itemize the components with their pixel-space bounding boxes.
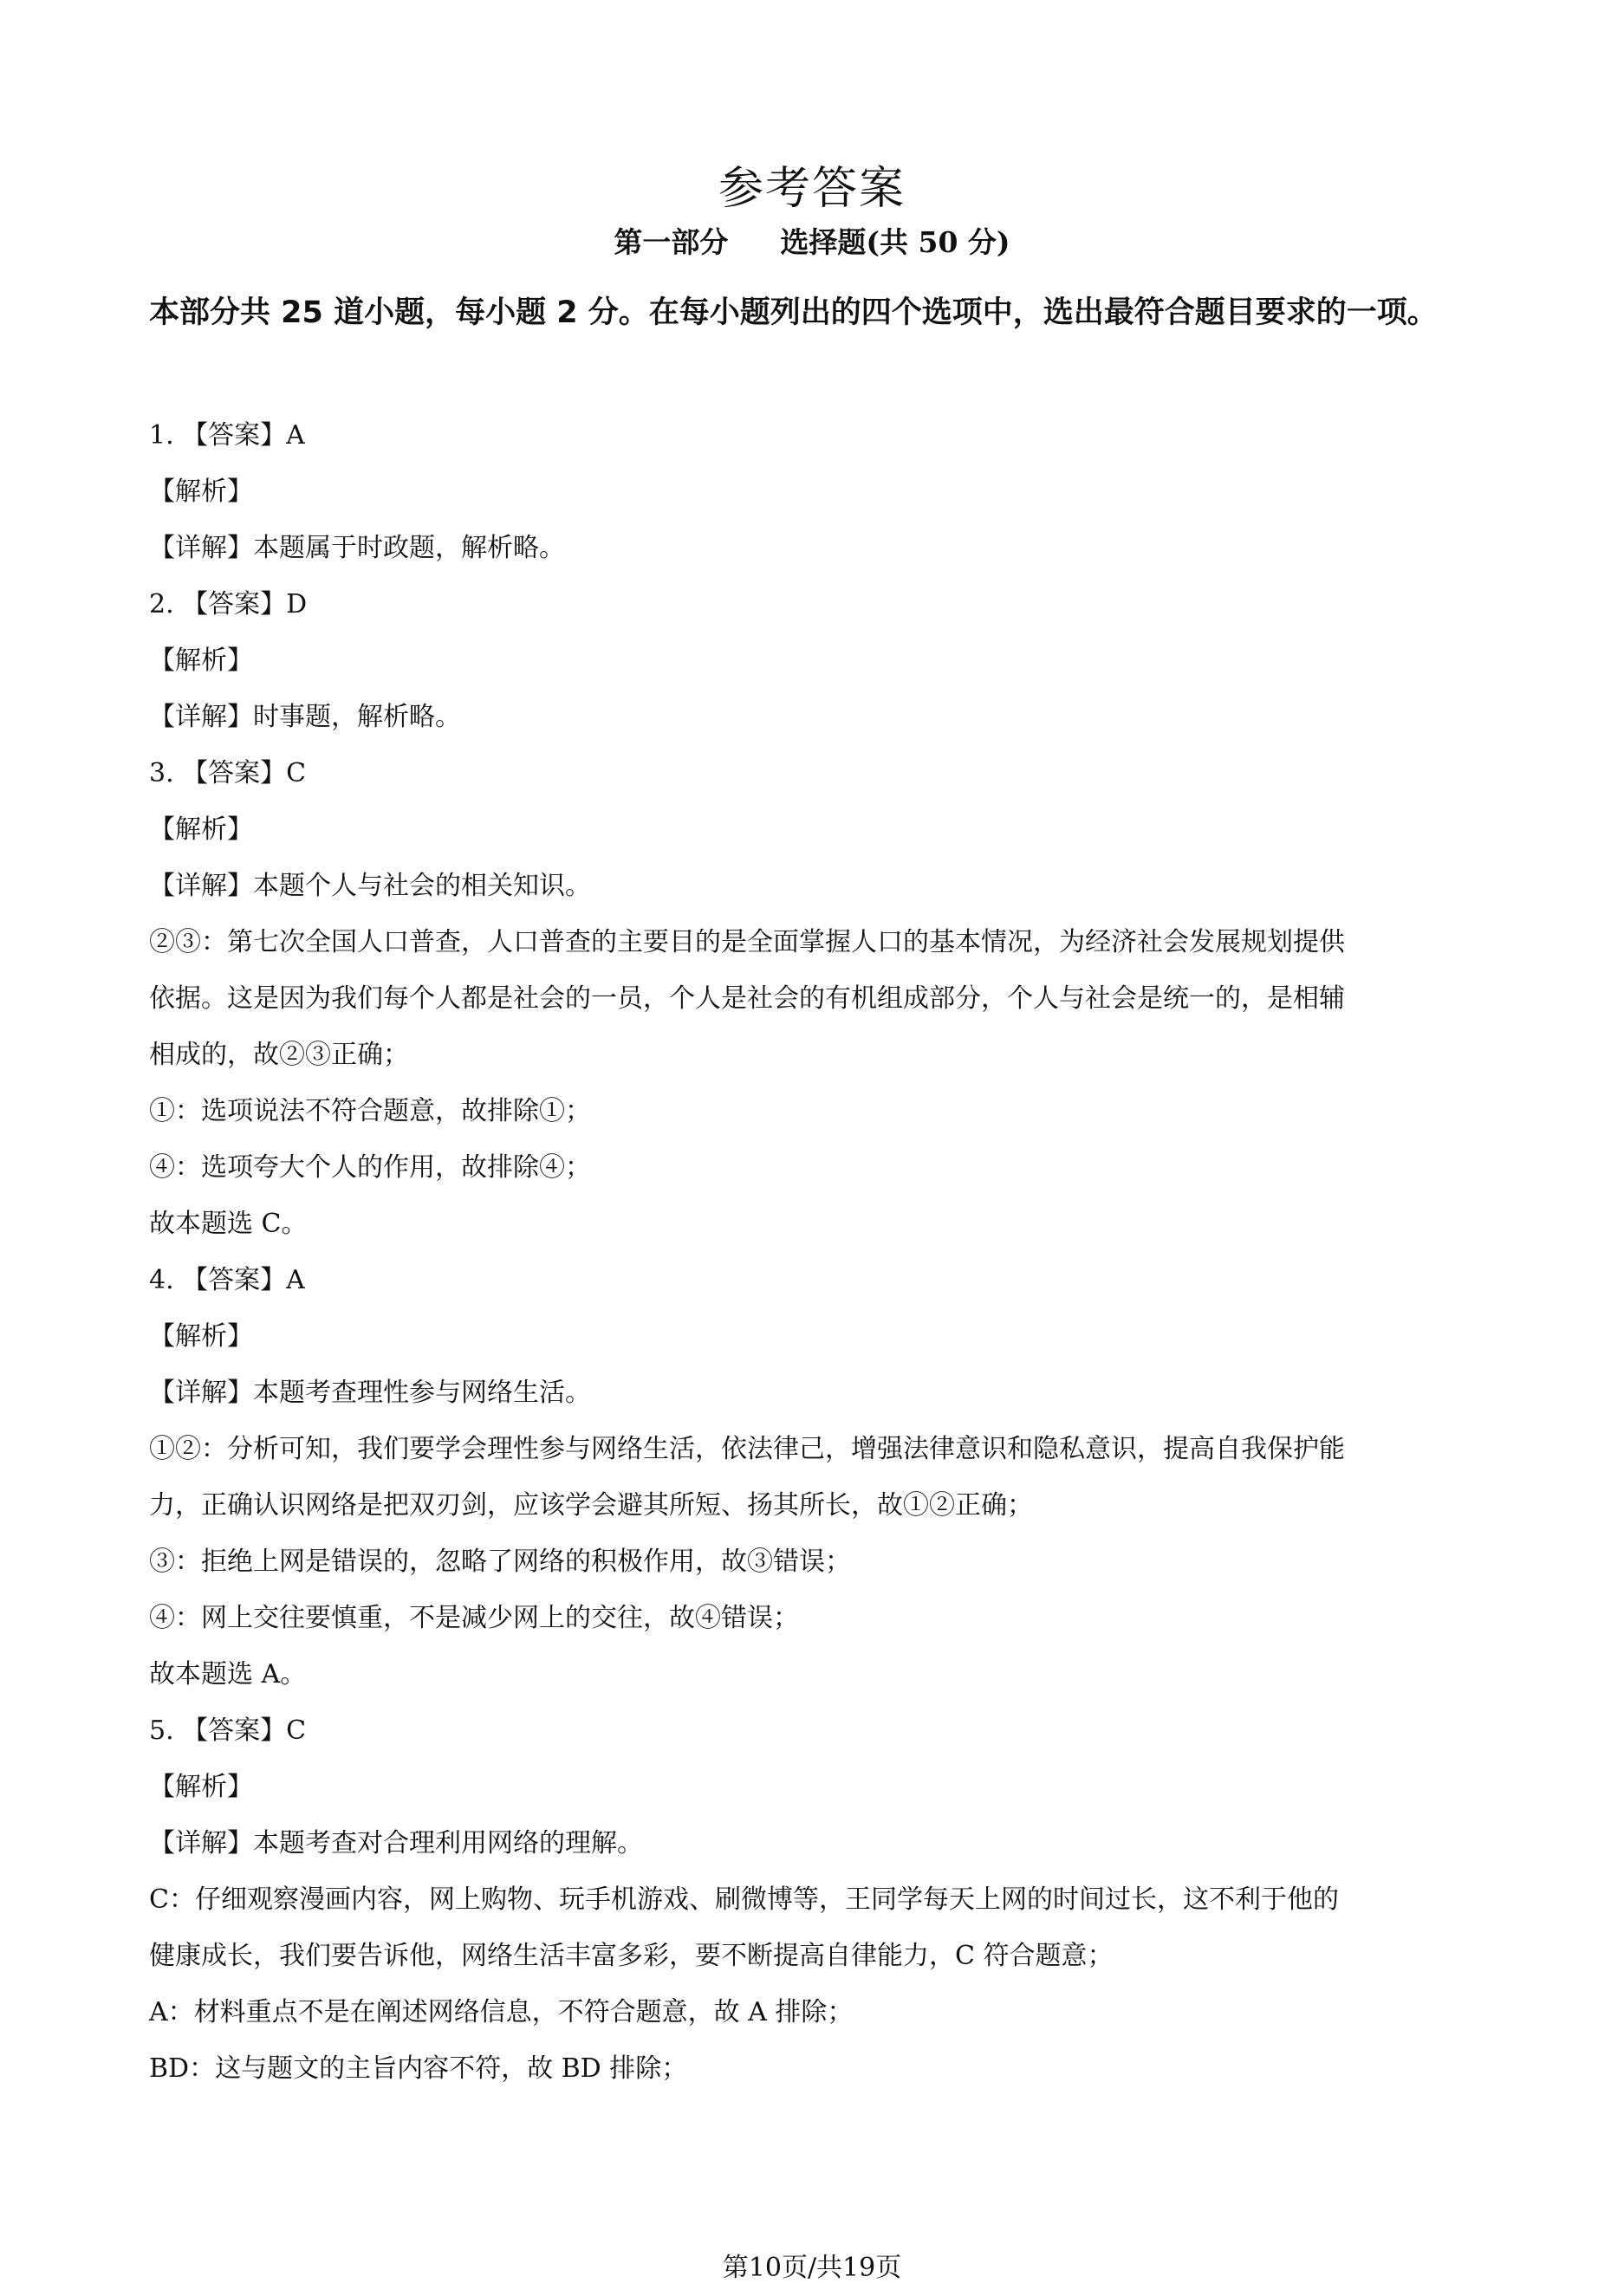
detail-line: 健康成长，我们要告诉他，网络生活丰富多彩，要不断提高自律能力，C 符合题意； <box>149 1928 1484 1984</box>
answer-line: 2. 【答案】D <box>149 576 1484 632</box>
analysis-label: 【解析】 <box>149 632 1484 689</box>
answer-line: 4. 【答案】A <box>149 1252 1484 1308</box>
answer-line: 5. 【答案】C <box>149 1703 1484 1759</box>
detail-line: 依据。这是因为我们每个人都是社会的一员，个人是社会的有机组成部分，个人与社会是统… <box>149 970 1484 1027</box>
analysis-label: 【解析】 <box>149 1308 1484 1365</box>
analysis-label: 【解析】 <box>149 464 1484 520</box>
detail-line: 【详解】本题考查对合理利用网络的理解。 <box>149 1815 1484 1871</box>
detail-line: 相成的，故②③正确； <box>149 1027 1484 1083</box>
section-part: 第一部分 <box>614 225 728 259</box>
detail-line: ①②：分析可知，我们要学会理性参与网络生活，依法律己，增强法律意识和隐私意识，提… <box>149 1421 1484 1477</box>
section-instructions: 本部分共 25 道小题，每小题 2 分。在每小题列出的四个选项中，选出最符合题目… <box>149 279 1484 347</box>
section-title: 第一部分选择题(共 50 分) <box>0 220 1624 261</box>
detail-line: 故本题选 C。 <box>149 1196 1484 1252</box>
detail-line: 【详解】本题个人与社会的相关知识。 <box>149 858 1484 914</box>
detail-line: BD：这与题文的主旨内容不符，故 BD 排除； <box>149 2040 1484 2097</box>
section-name: 选择题(共 50 分) <box>780 225 1010 259</box>
page-indicator: 第10页/共19页 <box>0 2246 1624 2284</box>
detail-line: ②③：第七次全国人口普查，人口普查的主要目的是全面掌握人口的基本情况，为经济社会… <box>149 914 1484 970</box>
answer-line: 1. 【答案】A <box>149 407 1484 464</box>
detail-line: 力，正确认识网络是把双刃剑，应该学会避其所短、扬其所长，故①②正确； <box>149 1477 1484 1534</box>
answer-list: 1. 【答案】A 【解析】 【详解】本题属于时政题，解析略。 2. 【答案】D … <box>149 407 1484 2097</box>
detail-line: 【详解】时事题，解析略。 <box>149 689 1484 745</box>
analysis-label: 【解析】 <box>149 1759 1484 1815</box>
detail-line: 故本题选 A。 <box>149 1646 1484 1703</box>
detail-line: ④：选项夸大个人的作用，故排除④； <box>149 1139 1484 1196</box>
page-title: 参考答案 <box>0 152 1624 217</box>
analysis-label: 【解析】 <box>149 801 1484 858</box>
detail-line: ④：网上交往要慎重，不是减少网上的交往，故④错误； <box>149 1590 1484 1646</box>
detail-line: 【详解】本题考查理性参与网络生活。 <box>149 1365 1484 1421</box>
detail-line: A：材料重点不是在阐述网络信息，不符合题意，故 A 排除； <box>149 1984 1484 2040</box>
detail-line: C：仔细观察漫画内容，网上购物、玩手机游戏、刷微博等，王同学每天上网的时间过长，… <box>149 1871 1484 1928</box>
detail-line: ③：拒绝上网是错误的，忽略了网络的积极作用，故③错误； <box>149 1534 1484 1590</box>
detail-line: 【详解】本题属于时政题，解析略。 <box>149 520 1484 576</box>
answer-line: 3. 【答案】C <box>149 745 1484 801</box>
detail-line: ①：选项说法不符合题意，故排除①； <box>149 1083 1484 1139</box>
